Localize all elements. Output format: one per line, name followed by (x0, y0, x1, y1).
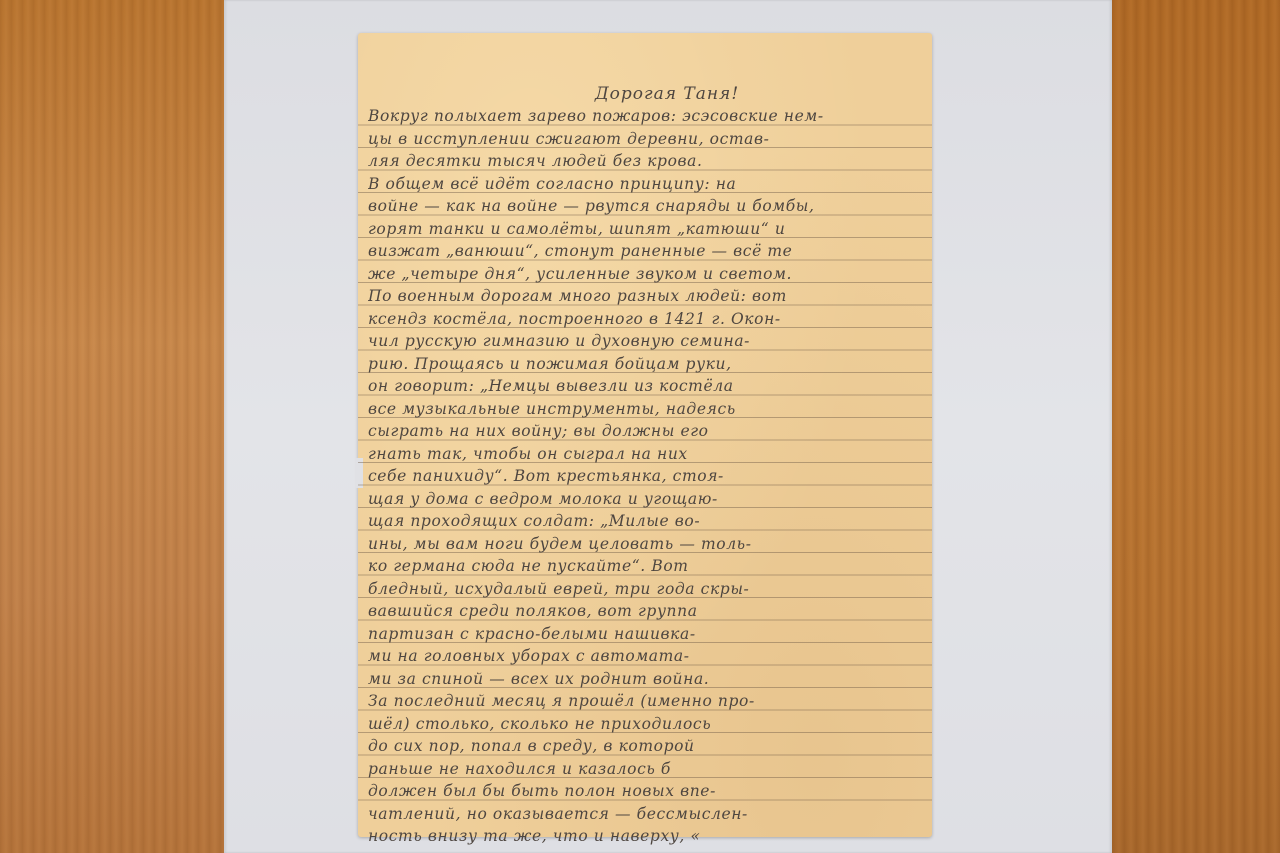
letter-line: горят танки и самолёты, шипят „катюши“ и (368, 218, 926, 241)
letter-line: войне — как на войне — рвутся снаряды и … (368, 195, 926, 218)
letter-line: рию. Прощаясь и пожимая бойцам руки, (368, 353, 926, 376)
letter-line: сыграть на них войну; вы должны его (368, 420, 926, 443)
letter-line: ляя десятки тысяч людей без крова. (368, 150, 926, 173)
letter-line: визжат „ванюши“, стонут раненные — всё т… (368, 240, 926, 263)
letter-line: вавшийся среди поляков, вот группа (368, 600, 926, 623)
letter-line: ксендз костёла, построенного в 1421 г. О… (368, 308, 926, 331)
letter-line: партизан с красно-белыми нашивка- (368, 623, 926, 646)
letter-line: ко германа сюда не пускайте“. Вот (368, 555, 926, 578)
letter-line: должен был бы быть полон новых впе- (368, 780, 926, 803)
letter-line: гнать так, чтобы он сыграл на них (368, 443, 926, 466)
letter-line: ность внизу та же, что и наверху, « (368, 825, 926, 848)
letter-line: щая проходящих солдат: „Милые во- (368, 510, 926, 533)
letter-line: до сих пор, попал в среду, в которой (368, 735, 926, 758)
letter-line: он говорит: „Немцы вывезли из костёла (368, 375, 926, 398)
letter-line: все музыкальные инструменты, надеясь (368, 398, 926, 421)
letter-line: ины, мы вам ноги будем целовать — толь- (368, 533, 926, 556)
letter-line: ми за спиной — всех их роднит война. (368, 668, 926, 691)
letter-line: щая у дома с ведром молока и угощаю- (368, 488, 926, 511)
letter-line: чатлений, но оказывается — бессмыслен- (368, 803, 926, 826)
letter-line: цы в исступлении сжигают деревни, остав- (368, 128, 926, 151)
wooden-table-left (0, 0, 224, 853)
letter-line: чил русскую гимназию и духовную семина- (368, 330, 926, 353)
letter-line: ми на головных уборах с автомата- (368, 645, 926, 668)
letter-line: бледный, исхудалый еврей, три года скры- (368, 578, 926, 601)
letter-line: себе панихиду“. Вот крестьянка, стоя- (368, 465, 926, 488)
letter-sheet: Дорогая Таня! Вокруг полыхает зарево пож… (358, 33, 932, 837)
letter-line: В общем всё идёт согласно принципу: на (368, 173, 926, 196)
letter-line: шёл) столько, сколько не приходилось (368, 713, 926, 736)
letter-line: По военным дорогам много разных людей: в… (368, 285, 926, 308)
wooden-table-right (1112, 0, 1280, 853)
letter-line: раньше не находился и казалось б (368, 758, 926, 781)
letter-line: же „четыре дня“, усиленные звуком и свет… (368, 263, 926, 286)
letter-body: Дорогая Таня! Вокруг полыхает зарево пож… (368, 83, 926, 848)
letter-greeting: Дорогая Таня! (368, 83, 926, 105)
letter-line: За последний месяц я прошёл (именно про- (368, 690, 926, 713)
letter-line: Вокруг полыхает зарево пожаров: эсэсовск… (368, 105, 926, 128)
